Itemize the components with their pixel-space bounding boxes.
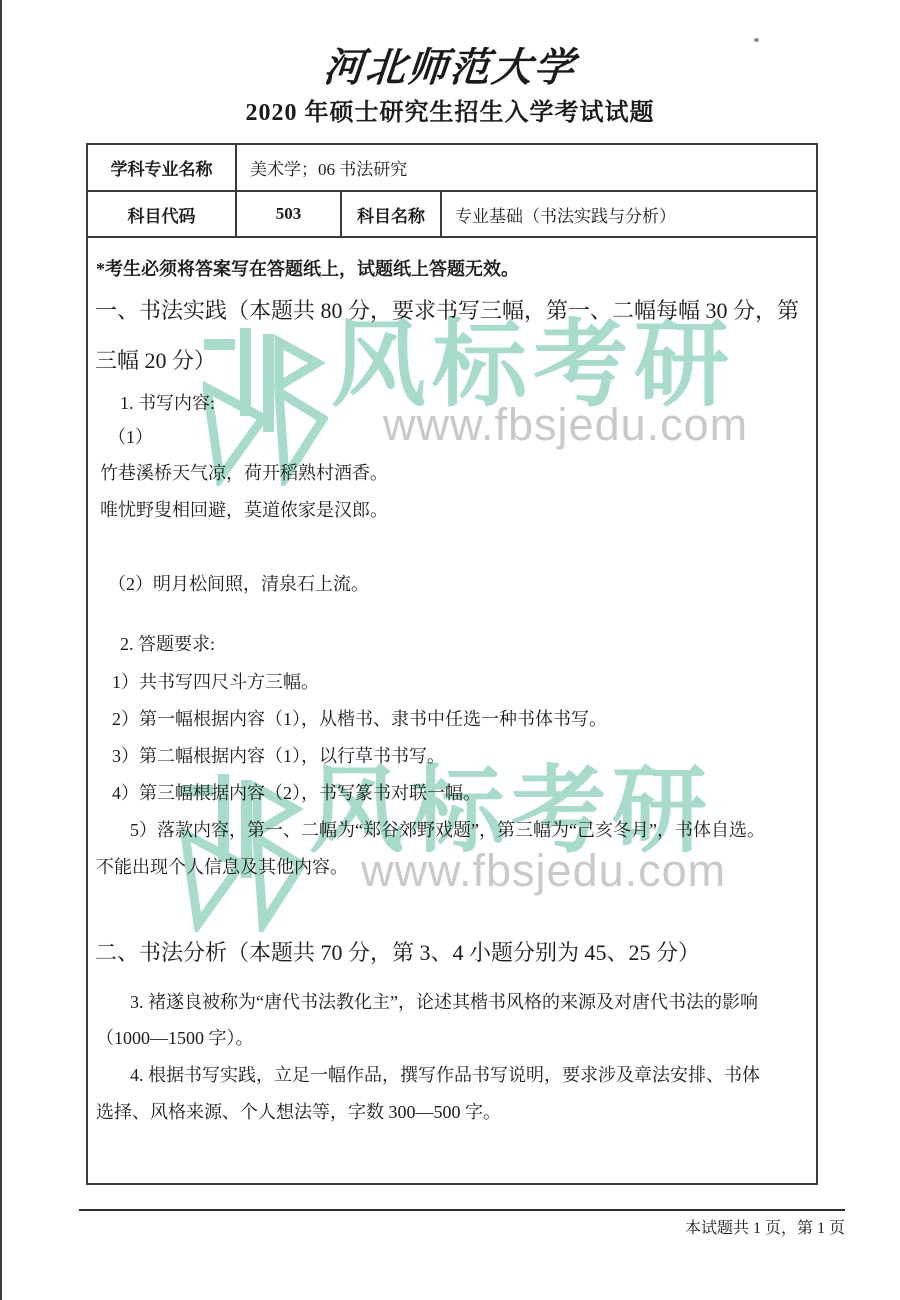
question4-line1: 4. 根据书写实践，立足一幅作品，撰写作品书写说明，要求涉及章法安排、书体 [130,1061,760,1087]
section1-heading-line2: 三幅 20 分） [95,344,216,375]
question4-line2: 选择、风格来源、个人想法等，字数 300—500 字。 [96,1098,501,1124]
requirement-3: 3）第二幅根据内容（1），以行草书书写。 [112,742,445,768]
major-label-cell: 学科专业名称 [88,145,237,190]
question3-line1: 3. 褚遂良被称为“唐代书法教化主”，论述其楷书风格的来源及对唐代书法的影响 [130,988,758,1014]
scan-edge-artifact [0,0,2,1300]
info-table-row-subject: 科目代码 503 科目名称 专业基础（书法实践与分析） [88,192,816,238]
subject-name-value-cell: 专业基础（书法实践与分析） [442,192,816,236]
item1-label: 1. 书写内容: [120,389,215,415]
footer-divider [79,1209,845,1211]
subject-name-label-cell: 科目名称 [342,192,442,236]
footer-page-info: 本试题共 1 页，第 1 页 [685,1215,845,1238]
poem-line1: 竹巷溪桥天气凉，荷开稻熟村酒香。 [100,459,388,485]
info-table-row-major: 学科专业名称 美术学；06 书法研究 [88,145,816,192]
major-value-cell: 美术学；06 书法研究 [237,145,816,190]
requirement-4: 4）第三幅根据内容（2），书写篆书对联一幅。 [112,779,481,805]
requirement-1: 1）共书写四尺斗方三幅。 [112,668,319,694]
section1-heading-line1: 一、书法实践（本题共 80 分，要求书写三幅，第一、二幅每幅 30 分，第 [95,294,799,325]
content2-line: （2）明月松间照，清泉石上流。 [108,570,369,596]
requirement-5-line1: 5）落款内容，第一、二幅为“郑谷郊野戏题”，第三幅为“己亥冬月”，书体自选。 [130,816,765,842]
subject-code-value-cell: 503 [237,192,342,236]
subject-code-label-cell: 科目代码 [88,192,237,236]
requirement-2: 2）第一幅根据内容（1），从楷书、隶书中任选一种书体书写。 [112,705,607,731]
notice-line: *考生必须将答案写在答题纸上，试题纸上答题无效。 [96,255,519,281]
content1-label: （1） [108,423,153,449]
item2-label: 2. 答题要求: [120,630,215,656]
exam-title: 2020 年硕士研究生招生入学考试试题 [0,92,900,127]
poem-line2: 唯忧野叟相回避，莫道侬家是汉郎。 [100,496,388,522]
question3-line2: （1000—1500 字）。 [96,1024,254,1050]
university-title: 河北师范大学 [0,36,900,93]
exam-paper-page: 河北师范大学 2020 年硕士研究生招生入学考试试题 学科专业名称 美术学；06… [0,0,900,1300]
section2-heading: 二、书法分析（本题共 70 分，第 3、4 小题分别为 45、25 分） [95,936,700,967]
requirement-5-line2: 不能出现个人信息及其他内容。 [96,853,348,879]
